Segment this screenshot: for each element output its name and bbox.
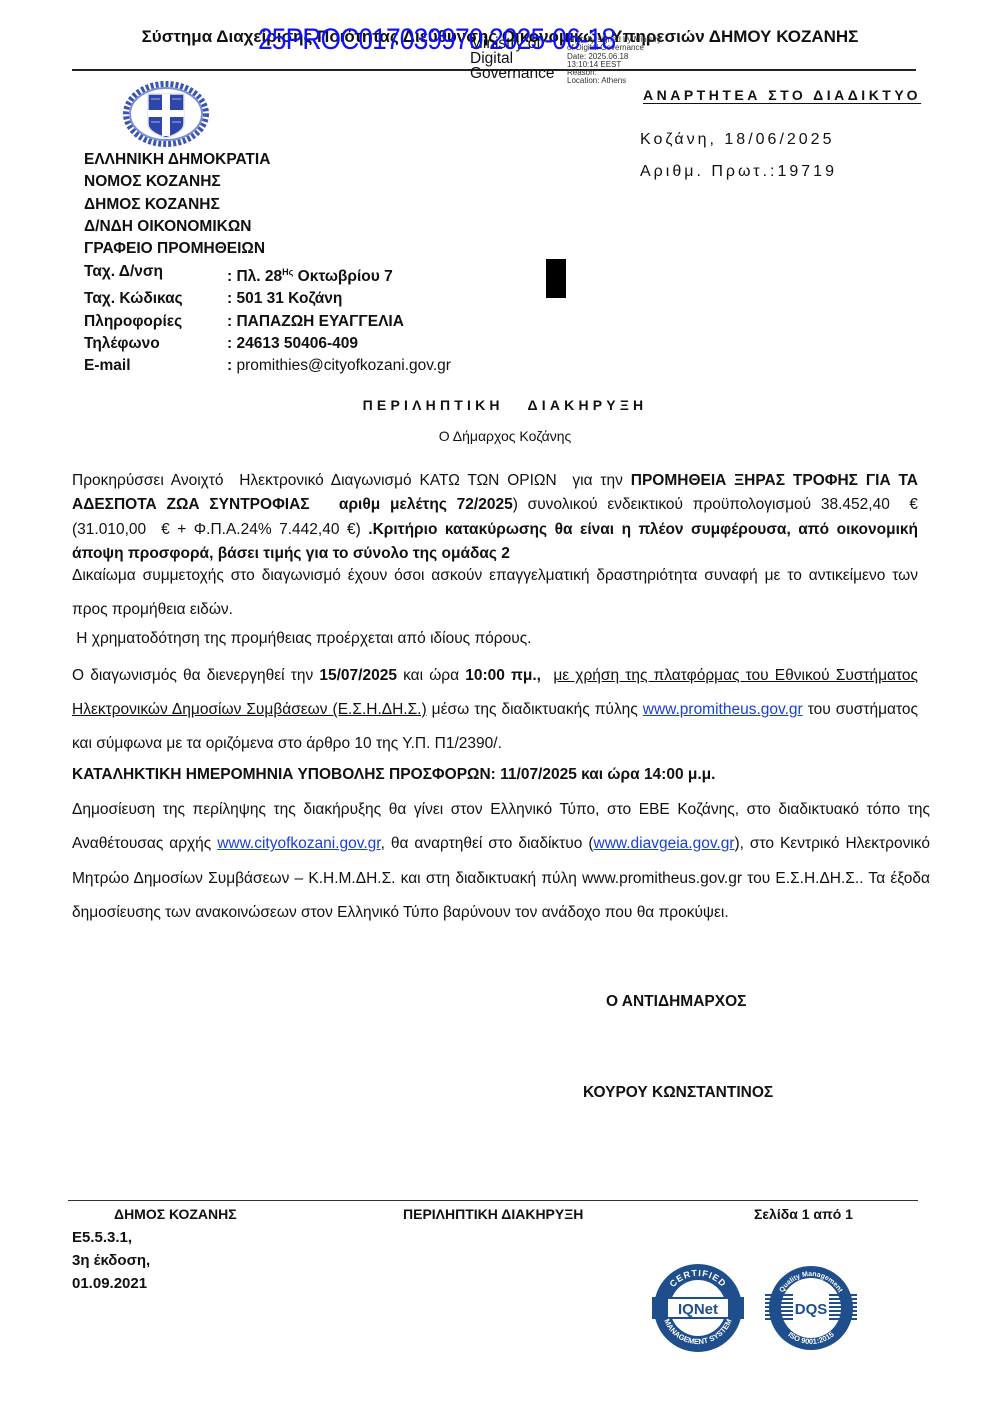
- contact-value: : 24613 50406-409: [227, 333, 358, 355]
- tender-date: 15/07/2025: [319, 667, 397, 684]
- sender-block: ΕΛΛΗΝΙΚΗ ΔΗΜΟΚΡΑΤΙΑ ΝΟΜΟΣ ΚΟΖΑΝΗΣ ΔΗΜΟΣ …: [84, 149, 270, 260]
- paragraph-eligibility: Δικαίωμα συμμετοχής στο διαγωνισμό έχουν…: [72, 559, 918, 627]
- paragraph-publication: Δημοσίευση της περίληψης της διακήρυξης …: [72, 793, 930, 930]
- contact-label: Ταχ. Κώδικας: [84, 288, 227, 310]
- posting-notice-label: ΑΝΑΡΤΗΤΕΑ ΣΤΟ ΔΙΑΔΙΚΤΥΟ: [643, 87, 921, 103]
- contact-label: E-mail: [84, 355, 227, 377]
- sender-line: ΕΛΛΗΝΙΚΗ ΔΗΜΟΚΡΑΤΙΑ: [84, 149, 270, 171]
- address-value-rest: Οκτωβρίου 7: [293, 268, 392, 285]
- protocol-stamp-code: 25PROC017039970 2025-06-18: [258, 25, 615, 55]
- svg-text:IQNet: IQNet: [678, 1301, 718, 1318]
- submission-deadline: ΚΑΤΑΛΗΚΤΙΚΗ ΗΜΕΡΟΜΗΝΙΑ ΥΠΟΒΟΛΗΣ ΠΡΟΣΦΟΡΩ…: [72, 763, 918, 787]
- signatory-name: ΚΟΥΡΟΥ ΚΩΝΣΤΑΝΤΙΝΟΣ: [583, 1084, 773, 1102]
- contact-row-address: Ταχ. Δ/νση : Πλ. 28Ης Οκτωβρίου 7: [84, 261, 451, 288]
- sender-line: Δ/ΝΔΗ ΟΙΚΟΝΟΜΙΚΩΝ: [84, 216, 270, 238]
- diavgeia-link[interactable]: www.diavgeia.gov.gr: [594, 835, 735, 852]
- address-superscript: Ης: [282, 267, 293, 277]
- footer-municipality: ΔΗΜΟΣ ΚΟΖΑΝΗΣ: [114, 1206, 237, 1222]
- contact-value: : promithies@cityofkozani.gov.gr: [227, 355, 451, 377]
- paragraph-procedure: Ο διαγωνισμός θα διενεργηθεί την 15/07/2…: [72, 659, 918, 761]
- footer-page-number: Σελίδα 1 από 1: [754, 1206, 853, 1222]
- greek-coat-of-arms-icon: [120, 80, 212, 148]
- version-line: 3η έκδοση,: [72, 1249, 150, 1272]
- contact-details: Ταχ. Δ/νση : Πλ. 28Ης Οκτωβρίου 7 Ταχ. Κ…: [84, 261, 451, 378]
- paragraph-announcement: Προκηρύσσει Ανοιχτό Ηλεκτρονικό Διαγωνισ…: [72, 469, 918, 566]
- promitheus-link[interactable]: www.promitheus.gov.gr: [643, 701, 803, 718]
- contact-row-email: E-mail : promithies@cityofkozani.gov.gr: [84, 355, 451, 377]
- dqs-iso-9001-icon: DQS Quality Management ISO 9001:2015: [765, 1262, 857, 1354]
- cityofkozani-link[interactable]: www.cityofkozani.gov.gr: [217, 835, 380, 852]
- document-date: Κοζάνη, 18/06/2025: [640, 131, 834, 149]
- svg-text:DQS: DQS: [795, 1301, 828, 1318]
- document-subtitle: Ο Δήμαρχος Κοζάνης: [0, 428, 1000, 444]
- document-title: ΠΕΡΙΛΗΠΤΙΚΗ ΔΙΑΚΗΡΥΞΗ: [0, 397, 1000, 413]
- text: και ώρα: [397, 667, 465, 684]
- contact-label: Τηλέφωνο: [84, 333, 227, 355]
- address-value: : Πλ. 28: [227, 268, 282, 285]
- footer-version: Ε5.5.3.1, 3η έκδοση, 01.09.2021: [72, 1226, 150, 1295]
- sender-line: ΔΗΜΟΣ ΚΟΖΑΝΗΣ: [84, 194, 270, 216]
- contact-label: Πληροφορίες: [84, 311, 227, 333]
- version-line: 01.09.2021: [72, 1272, 150, 1295]
- contact-value: : 501 31 Κοζάνη: [227, 288, 342, 310]
- sender-line: ΓΡΑΦΕΙΟ ΠΡΟΜΗΘΕΙΩΝ: [84, 238, 270, 260]
- contact-value: : Πλ. 28Ης Οκτωβρίου 7: [227, 261, 393, 288]
- protocol-number: Αριθμ. Πρωτ.:19719: [640, 163, 837, 181]
- paragraph-funding: Η χρηματοδότηση της προμήθειας προέρχετα…: [72, 627, 918, 651]
- contact-label: Ταχ. Δ/νση: [84, 261, 227, 288]
- text: Προκηρύσσει Ανοιχτό Ηλεκτρονικό Διαγωνισ…: [72, 472, 631, 489]
- footer-rule: [68, 1200, 918, 1201]
- text: Ο διαγωνισμός θα διενεργηθεί την: [72, 667, 319, 684]
- contact-value: : ΠΑΠΑΖΩΗ ΕΥΑΓΓΕΛΙΑ: [227, 311, 404, 333]
- contact-row-postcode: Ταχ. Κώδικας : 501 31 Κοζάνη: [84, 288, 451, 310]
- contact-row-phone: Τηλέφωνο : 24613 50406-409: [84, 333, 451, 355]
- sig-org-line: Governance: [470, 66, 554, 81]
- tender-time: 10:00 πμ.,: [465, 667, 541, 684]
- text: μέσω της διαδικτυακής πύλης: [427, 701, 643, 718]
- signatory-role: Ο ΑΝΤΙΔΗΜΑΡΧΟΣ: [606, 993, 746, 1011]
- text: , θα αναρτηθεί στο διαδίκτυο (: [381, 835, 594, 852]
- version-line: Ε5.5.3.1,: [72, 1226, 150, 1249]
- redaction-block: [546, 259, 566, 298]
- iqnet-certified-icon: CERTIFIED IQNet MANAGEMENT SYSTEM: [652, 1262, 744, 1354]
- footer-doc-type: ΠΕΡΙΛΗΠΤΙΚΗ ΔΙΑΚΗΡΥΞΗ: [403, 1206, 583, 1222]
- contact-row-info: Πληροφορίες : ΠΑΠΑΖΩΗ ΕΥΑΓΓΕΛΙΑ: [84, 311, 451, 333]
- email-value[interactable]: promithies@cityofkozani.gov.gr: [232, 357, 451, 374]
- sig-meta-line: Location: Athens: [567, 77, 661, 85]
- sender-line: ΝΟΜΟΣ ΚΟΖΑΝΗΣ: [84, 171, 270, 193]
